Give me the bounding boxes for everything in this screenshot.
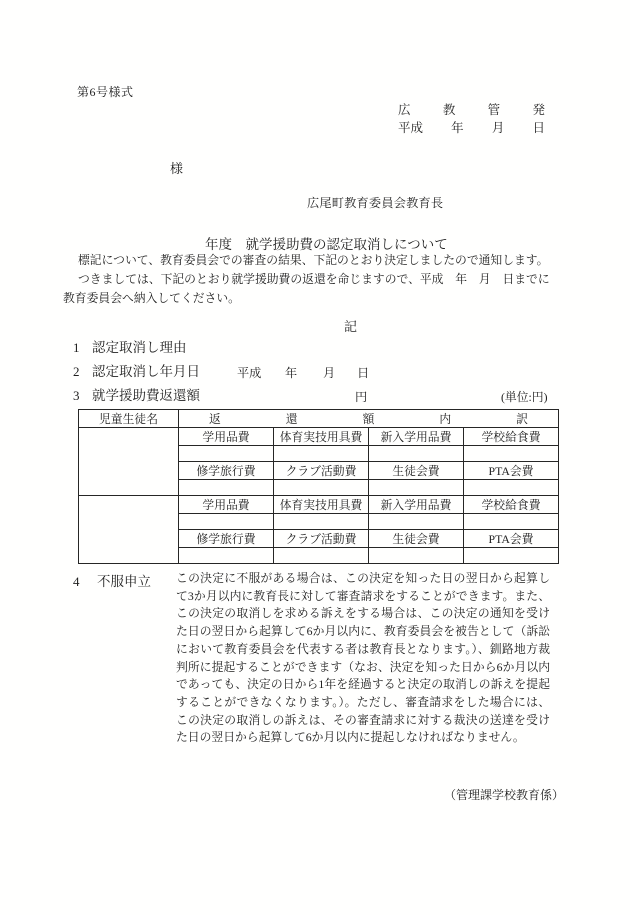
item-1-cancellation-reason: 1認定取消し理由 [73, 339, 613, 357]
fee-label-cell: 体育実技用具費 [274, 496, 369, 514]
item-3-yen-suffix: 円 [355, 388, 367, 406]
header-date-era: 平成 [398, 118, 423, 136]
amount-cell [464, 514, 559, 530]
record-mark: 記 [344, 316, 357, 335]
fee-label-cell: 学校給食費 [464, 428, 559, 446]
fee-label-cell: 学用品費 [179, 428, 274, 446]
amount-cell [369, 446, 464, 462]
form-number: 第6号様式 [77, 83, 134, 100]
breakdown-header-char: 額 [363, 410, 375, 427]
item-4-number: 4 [73, 574, 97, 590]
item-1-number: 1 [73, 339, 92, 357]
header-date-month: 月 [492, 118, 505, 136]
item-2-cancellation-date: 2認定取消し年月日 平成 年 月 日 [73, 363, 613, 381]
item-2-date-month: 月 [323, 364, 335, 382]
fee-label-cell: クラブ活動費 [274, 530, 369, 548]
amount-cell [179, 480, 274, 496]
issuer-name: 広尾町教育委員会教育長 [307, 194, 443, 211]
item-3-number: 3 [73, 387, 92, 405]
item-2-date-year: 年 [285, 364, 297, 382]
body-paragraph-1: 標記について、教育委員会での審査の結果、下記のとおり決定しましたので通知します。 [63, 251, 557, 270]
reference-code-line: 広 教 管 発 [398, 100, 545, 118]
amount-cell [369, 514, 464, 530]
department-note: （管理課学校教育係） [444, 786, 564, 803]
header-date-year: 年 [451, 118, 464, 136]
item-2-label: 認定取消し年月日 [92, 364, 200, 379]
item-3-repayment-amount: 3就学援助費返還額 円 (単位:円) [73, 387, 613, 405]
table-header-row: 児童生徒名 返 還 額 内 訳 [79, 410, 559, 428]
amount-cell [179, 514, 274, 530]
amount-cell [274, 548, 369, 564]
item-1-label: 認定取消し理由 [92, 340, 187, 355]
student-name-cell [79, 428, 179, 496]
fee-label-cell: 生徒会費 [369, 530, 464, 548]
student-name-header: 児童生徒名 [79, 410, 179, 428]
header-date-day: 日 [532, 118, 545, 136]
item-2-date-era: 平成 [237, 364, 261, 382]
body-paragraph-2: つきましては、下記のとおり就学援助費の返還を命じますので、平成 年 月 日までに… [63, 270, 557, 308]
fee-label-cell: 新入学用品費 [369, 428, 464, 446]
student-name-cell [79, 496, 179, 564]
amount-cell [464, 446, 559, 462]
breakdown-header-char: 訳 [516, 410, 528, 427]
fee-label-cell: 体育実技用具費 [274, 428, 369, 446]
breakdown-header-char: 内 [439, 410, 451, 427]
amount-cell [274, 514, 369, 530]
ref-char-2: 教 [443, 100, 456, 118]
amount-cell [464, 548, 559, 564]
addressee-suffix: 様 [170, 158, 183, 177]
ref-char-3: 管 [488, 100, 501, 118]
fee-label-cell: PTA会費 [464, 462, 559, 480]
fee-label-cell: 修学旅行費 [179, 530, 274, 548]
amount-cell [179, 446, 274, 462]
fee-label-cell: PTA会費 [464, 530, 559, 548]
item-4-appeal-text: この決定に不服がある場合は、この決定を知った日の翌日から起算して3か月以内に教育… [176, 570, 550, 747]
fee-label-cell: 学用品費 [179, 496, 274, 514]
ref-char-4: 発 [532, 100, 545, 118]
fee-label-cell: 生徒会費 [369, 462, 464, 480]
document-title: 年度 就学援助費の認定取消しについて [205, 233, 448, 253]
item-2-date-day: 日 [357, 364, 369, 382]
table-row: 学用品費 体育実技用具費 新入学用品費 学校給食費 [79, 496, 559, 514]
amount-cell [369, 480, 464, 496]
ref-char-1: 広 [398, 100, 411, 118]
amount-cell [274, 480, 369, 496]
fee-label-cell: 修学旅行費 [179, 462, 274, 480]
repayment-breakdown-table: 児童生徒名 返 還 額 内 訳 学用品費 体育実技用具費 新入学用品費 学校給食… [78, 409, 559, 564]
amount-cell [464, 480, 559, 496]
amount-cell [369, 548, 464, 564]
breakdown-header-char: 返 [209, 410, 221, 427]
amount-cell [179, 548, 274, 564]
header-date-line: 平成 年 月 日 [398, 118, 545, 136]
item-4-label: 不服申立 [97, 574, 151, 589]
fee-label-cell: クラブ活動費 [274, 462, 369, 480]
breakdown-header: 返 還 額 内 訳 [179, 410, 559, 428]
amount-cell [274, 446, 369, 462]
item-4-appeal: 4不服申立 [73, 570, 151, 590]
fee-label-cell: 新入学用品費 [369, 496, 464, 514]
document-page: 第6号様式 広 教 管 発 平成 年 月 日 様 広尾町教育委員会教育長 年度 … [0, 0, 630, 915]
breakdown-header-char: 還 [286, 410, 298, 427]
item-3-unit-note: (単位:円) [501, 388, 548, 406]
item-2-number: 2 [73, 363, 92, 381]
fee-label-cell: 学校給食費 [464, 496, 559, 514]
item-3-label: 就学援助費返還額 [92, 388, 200, 403]
table-row: 学用品費 体育実技用具費 新入学用品費 学校給食費 [79, 428, 559, 446]
